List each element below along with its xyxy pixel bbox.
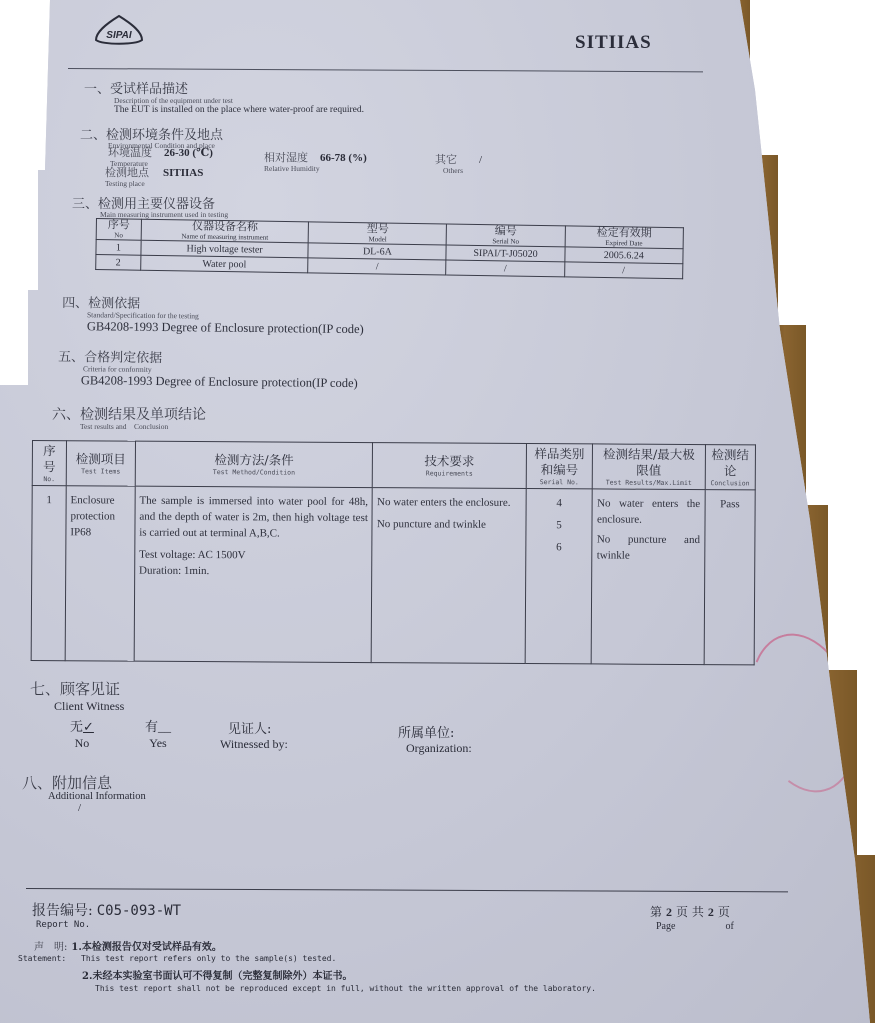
section-8: 八、附加信息 Additional Information / [22,772,146,814]
statement-2-cn: 2.未经本实验室书面认可不得复制（完整复制除外）本证书。 [82,967,352,982]
check-icon: ✓ [83,719,94,734]
testing-place-field: 检测地点 SITIIAS Testing place [105,163,203,188]
section-title: 顾客见证 [60,680,120,698]
witness-no-option: 无✓ No [70,716,94,751]
footer-divider [26,888,788,892]
section-5: 五、合格判定依据 Criteria for conformity GB4208-… [58,346,358,391]
testing-place-value: SITIIAS [163,167,203,179]
page-total: 2 [708,905,714,919]
standard-text: GB4208-1993 Degree of Enclosure protecti… [87,319,364,337]
requirements: No water enters the enclosure. No punctu… [372,488,526,664]
humidity-value: 66-78 (%) [320,152,367,164]
page-current: 2 [666,905,672,919]
test-results: No water enters the enclosure. No punctu… [592,489,705,665]
section-4: 四、检测依据 Standard/Specification for the te… [62,292,364,337]
sample-serials: 4 5 6 [525,489,593,664]
temperature-value: 26-30 (℃) [164,147,213,159]
test-results-table: 序号No. 检测项目Test Items 检测方法/条件Test Method/… [31,440,756,665]
brand-name: SITIIAS [575,32,652,54]
section-title: 检测结果及单项结论 [80,407,206,423]
humidity-field: 相对湿度 66-78 (%) Relative Humidity [264,148,367,173]
section-1: 一、受试样品描述 Description of the equipment un… [84,78,364,115]
report-page: SIPAI SITIIAS 一、受试样品描述 Description of th… [0,0,875,1023]
section-3: 三、检测用主要仪器设备 Main measuring instrument us… [72,193,228,219]
page-indicator: 第 2 页 共 2 页 Pageof [650,903,734,932]
header-divider [68,68,703,72]
others-field: 其它 / Others [435,150,482,175]
eut-description: The EUT is installed on the place where … [114,105,364,115]
witnessed-by-field: 见证人: Witnessed by: [220,718,288,752]
section-title: 受试样品描述 [110,82,188,97]
report-number-value: C05-093-WT [97,903,181,919]
section-7: 七、顾客见证 Client Witness [30,678,124,714]
criteria-text: GB4208-1993 Degree of Enclosure protecti… [81,373,358,391]
instrument-table: 序号No 仪器设备名称Name of measuring instrument … [95,218,684,279]
table-row: 1 Enclosure protection IP68 The sample i… [31,486,755,665]
svg-text:SIPAI: SIPAI [106,30,132,41]
statement-block: 声 明: 1.本检测报告仅对受试样品有效。 [34,937,222,955]
statement-1-en: Statement: This test report refers only … [18,954,336,963]
sipai-logo: SIPAI [92,14,146,48]
section-6: 六、检测结果及单项结论 Test results and Conclusion [52,404,206,431]
report-number: 报告编号: C05-093-WT Report No. [32,900,181,930]
organization-field: 所属单位: Organization: [398,722,472,756]
test-method: The sample is immersed into water pool f… [134,486,373,662]
conclusion-badge: Pass [704,490,756,665]
table-header: 序号No. 检测项目Test Items 检测方法/条件Test Method/… [32,441,755,490]
statement-2-en: This test report shall not be reproduced… [95,984,596,993]
witness-yes-option: 有__ Yes [145,716,171,751]
section-title: 附加信息 [52,774,112,792]
test-item: Enclosure protection IP68 [65,486,135,661]
